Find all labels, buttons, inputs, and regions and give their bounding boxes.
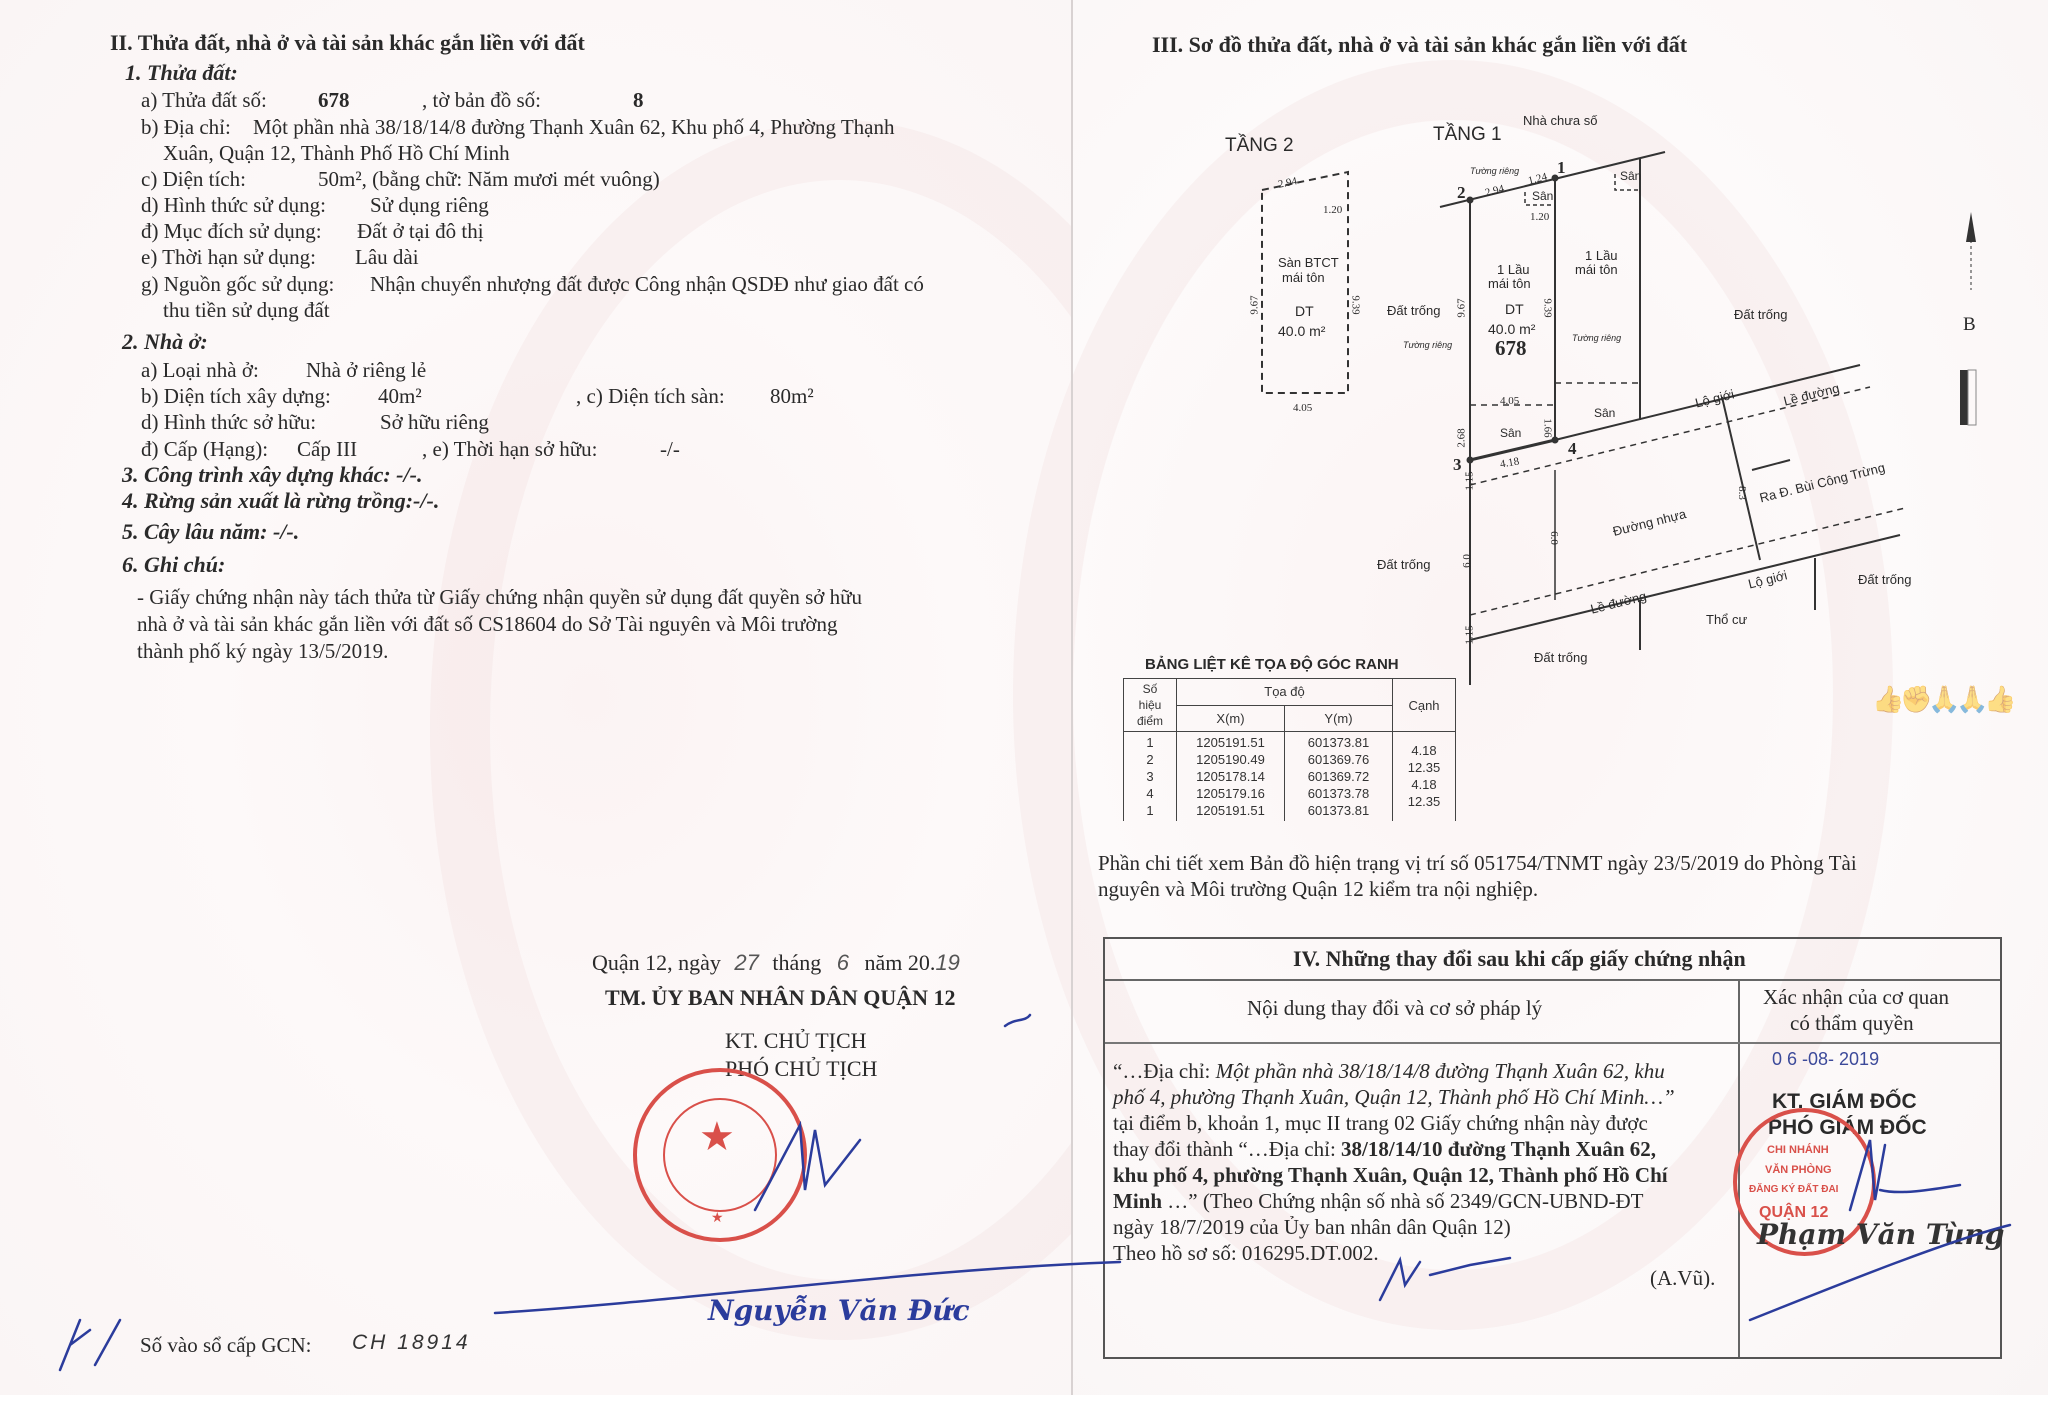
clerk-signature: [1380, 1258, 1510, 1300]
signatures: [0, 0, 2048, 1409]
registry-initials: [60, 1320, 120, 1370]
signature-underline-right: [1750, 1225, 2010, 1320]
thumbs-up-icon: 👍: [1984, 685, 2016, 715]
signature-right: [1850, 1140, 1960, 1210]
initial-mark: [1005, 1015, 1030, 1026]
signature-left: [755, 1125, 860, 1210]
signature-underline-left: [495, 1262, 1120, 1313]
